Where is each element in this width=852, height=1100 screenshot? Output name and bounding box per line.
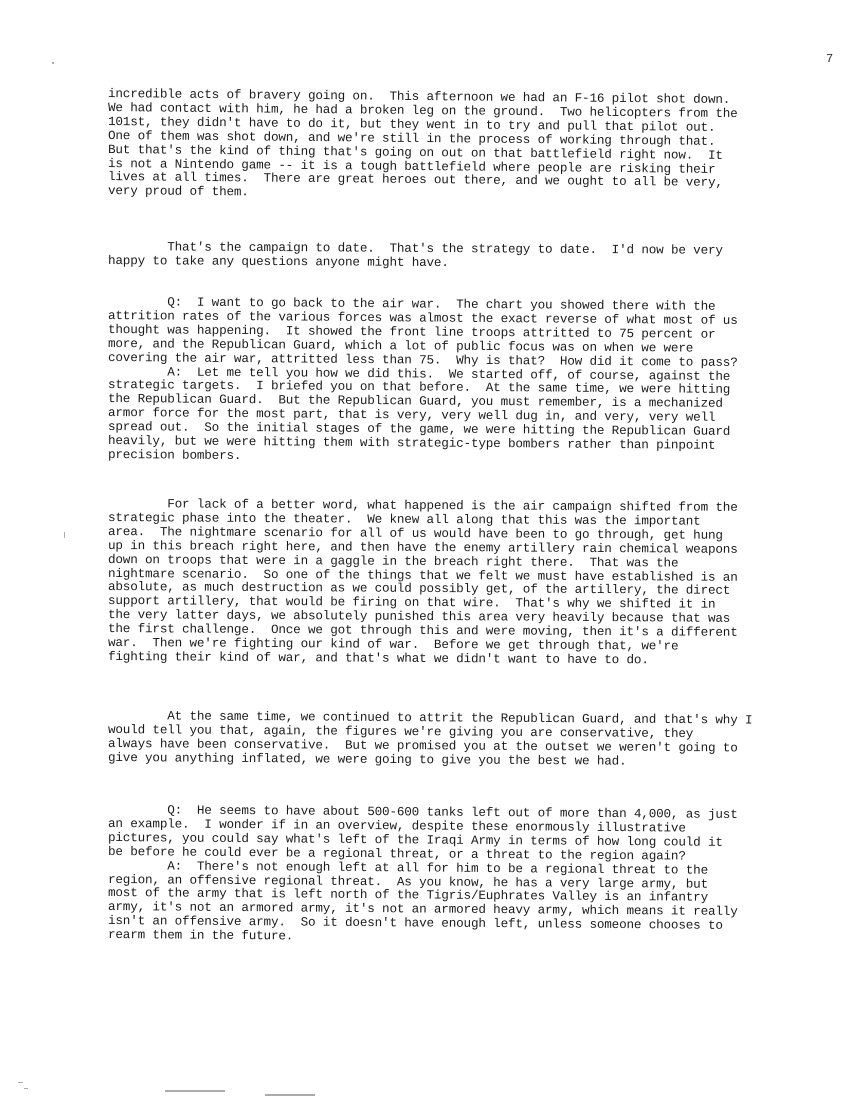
scan-speck [24, 1088, 28, 1089]
paragraph-tanks-qa: Q: He seems to have about 500-600 tanks … [108, 804, 738, 943]
paragraph-bravery: incredible acts of bravery going on. Thi… [108, 88, 820, 199]
transcript-page: incredible acts of bravery going on. Thi… [108, 88, 820, 199]
scan-artifact [265, 1094, 315, 1096]
paragraph-air-war-qa: Q: I want to go back to the air war. The… [108, 296, 738, 463]
text-line: happy to take any questions anyone might… [108, 255, 723, 273]
paragraph-strategic-phase: For lack of a better word, what happened… [108, 498, 738, 665]
scan-speck [64, 532, 65, 538]
page-number: 7 [826, 52, 833, 66]
paragraph-republican-guard: At the same time, we continued to attrit… [108, 710, 752, 766]
scan-artifact [165, 1090, 225, 1092]
paragraph-campaign-to-date: That's the campaign to date. That's the … [108, 241, 723, 269]
scan-speck [18, 1082, 23, 1083]
text-line: fighting their kind of war, and that's w… [108, 651, 738, 669]
scan-speck [52, 62, 54, 64]
